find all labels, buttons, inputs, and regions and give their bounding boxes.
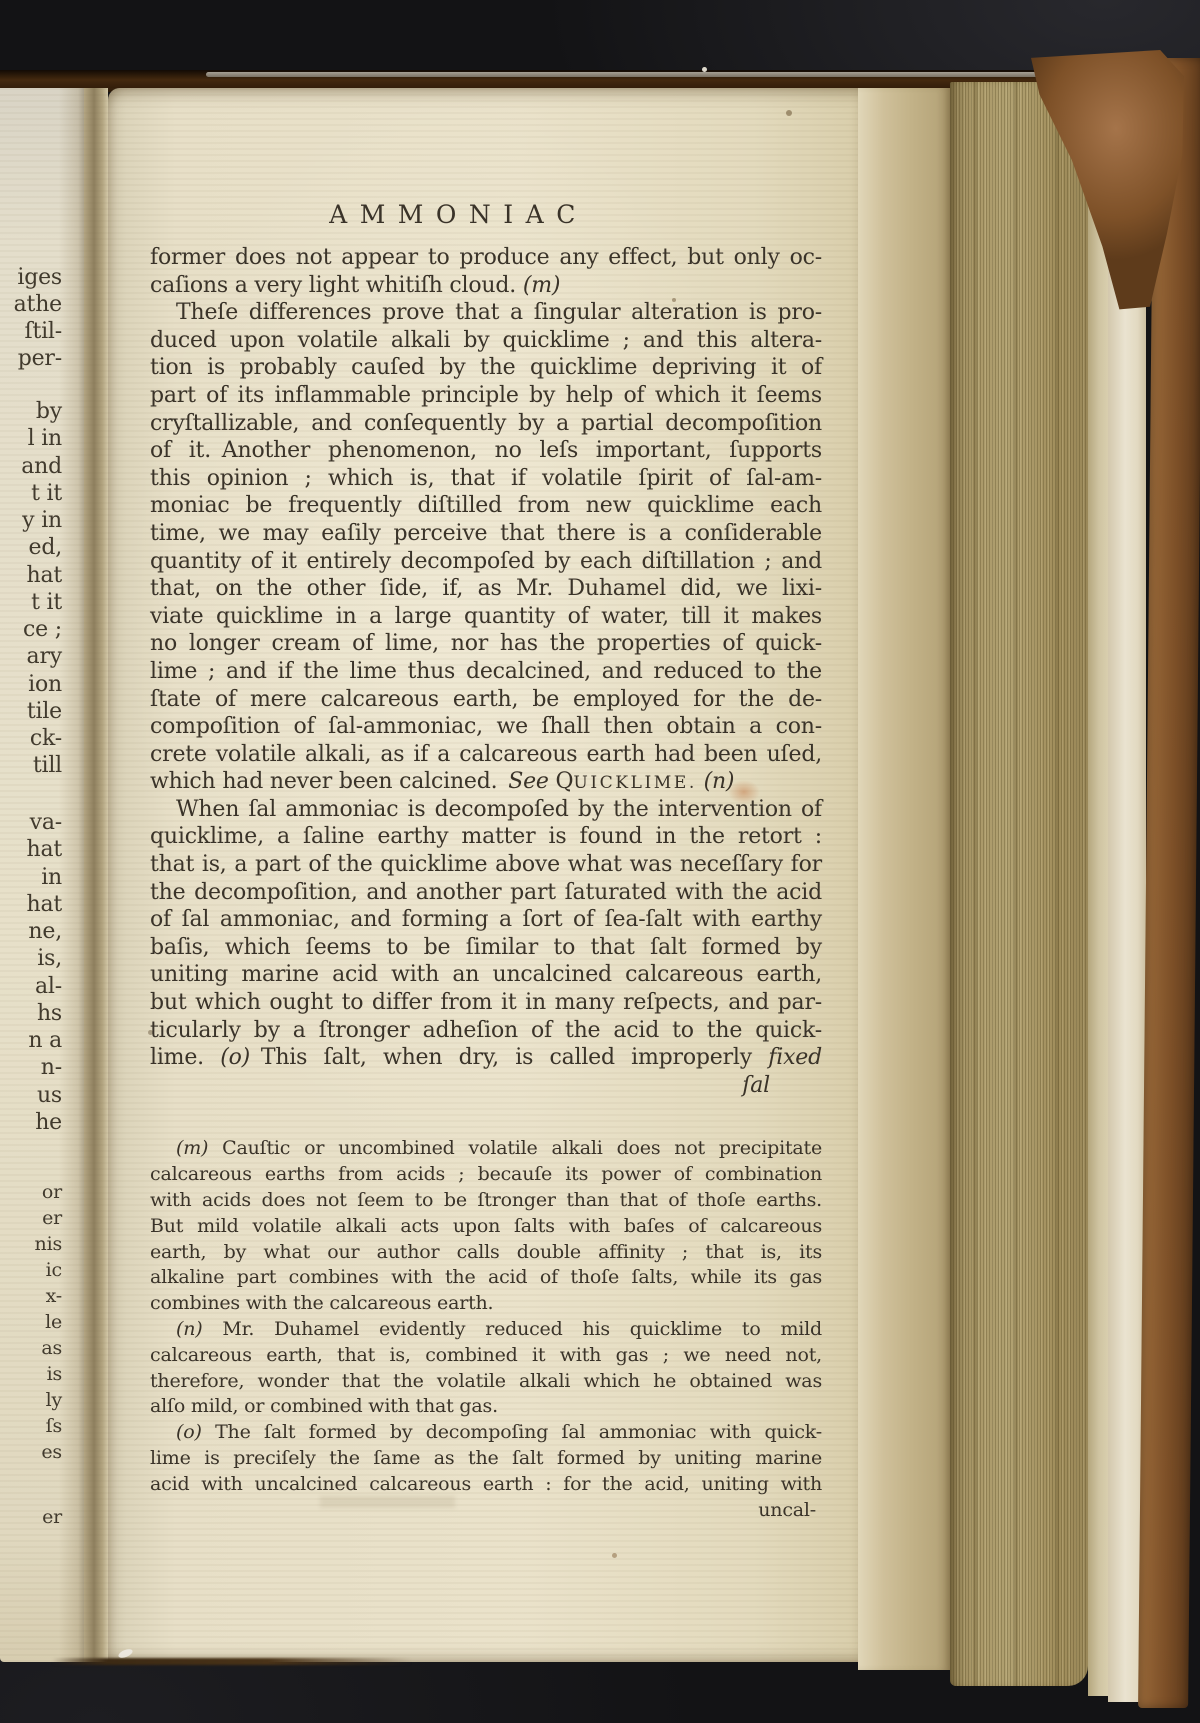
- facing-page-fragment: t it: [0, 482, 62, 506]
- text-line: earth, by what our author calls double a…: [150, 1240, 822, 1266]
- facing-page-fragment: ſs: [0, 1414, 62, 1438]
- text-line: part of its inflammable principle by hel…: [150, 382, 822, 410]
- text-line: compoſition of ſal-ammoniac, we ſhall th…: [150, 713, 822, 741]
- book-photo: igesatheſtil-per-byl inandt ity ined,hat…: [0, 0, 1200, 1723]
- text-line: therefore, wonder that the volatile alka…: [150, 1369, 822, 1395]
- text-line: of it. Another phenomenon, no leſs impor…: [150, 437, 822, 465]
- speck: [786, 110, 792, 116]
- facing-page-fragment: and: [0, 455, 62, 479]
- facing-page-fragment: ne,: [0, 920, 62, 944]
- text-line: that is, a part of the quicklime above w…: [150, 851, 822, 879]
- facing-page-fragment: ce ;: [0, 618, 62, 642]
- text-line: duced upon volatile alkali by quicklime …: [150, 327, 822, 355]
- facing-page-fragment: l in: [0, 427, 62, 451]
- facing-page-line-endings: igesatheſtil-per-byl inandt ity ined,hat…: [0, 0, 62, 1723]
- facing-page-fragment: ed,: [0, 536, 62, 560]
- text-line: uniting marine acid with an uncalcined c…: [150, 961, 822, 989]
- facing-page-fragment: tile: [0, 700, 62, 724]
- facing-page-fragment: ary: [0, 645, 62, 669]
- facing-page-fragment: or: [0, 1180, 62, 1204]
- speck: [612, 1553, 617, 1558]
- facing-page-fragment: ion: [0, 673, 62, 697]
- facing-page-fragment: le: [0, 1310, 62, 1334]
- text-line: ticularly by a ſtronger adheſion of the …: [150, 1017, 822, 1045]
- facing-page-fragment: n-: [0, 1056, 62, 1080]
- text-line: moniac be frequently diſtilled from new …: [150, 492, 822, 520]
- facing-page-fragment: ly: [0, 1388, 62, 1412]
- facing-page-fragment: per-: [0, 347, 62, 371]
- text-line: (o) The ſalt formed by decompoſing ſal a…: [150, 1420, 822, 1446]
- text-line: calcareous earth, that is, combined it w…: [150, 1343, 822, 1369]
- text-line: ſtate of mere calcareous earth, be emplo…: [150, 686, 822, 714]
- running-head: AMMONIAC: [150, 198, 822, 232]
- text-line: this opinion ; which is, that if volatil…: [150, 465, 822, 493]
- facing-page-fragment: is: [0, 1362, 62, 1386]
- text-line: quantity of it entirely decompoſed by ea…: [150, 548, 822, 576]
- dust-fleck: [702, 67, 707, 72]
- gutter-crease: [84, 88, 108, 1662]
- text-line: crete volatile alkali, as if a calcareou…: [150, 741, 822, 769]
- text-line: but which ought to differ from it in man…: [150, 989, 822, 1017]
- text-line: of ſal ammoniac, and forming a ſort of ſ…: [150, 906, 822, 934]
- text-line: acid with uncalcined calcareous earth : …: [150, 1472, 822, 1498]
- body-text: former does not appear to produce any ef…: [150, 244, 822, 1099]
- text-line: combines with the calcareous earth.: [150, 1291, 822, 1317]
- facing-page-fragment: t it: [0, 591, 62, 615]
- facing-page-fragment: athe: [0, 293, 62, 317]
- facing-page-fragment: x-: [0, 1284, 62, 1308]
- facing-page-fragment: he: [0, 1111, 62, 1135]
- text-line: which had never been calcined. See QUICK…: [150, 768, 822, 796]
- facing-page-fragment: ſtil-: [0, 320, 62, 344]
- facing-page-fragment: hat: [0, 564, 62, 588]
- facing-page-fragment: va-: [0, 811, 62, 835]
- text-line: lime ; and if the lime thus decalcined, …: [150, 658, 822, 686]
- facing-page-fragment: ck-: [0, 727, 62, 751]
- text-line: alſo mild, or combined with that gas.: [150, 1394, 822, 1420]
- fore-edge-page-stack: [950, 82, 1088, 1686]
- text-line: uncal-: [150, 1498, 822, 1524]
- text-line: lime. (o) This ſalt, when dry, is called…: [150, 1044, 822, 1072]
- text-line: Theſe differences prove that a ſingular …: [150, 299, 822, 327]
- text-line: viate quicklime in a large quantity of w…: [150, 603, 822, 631]
- facing-page-fragment: nis: [0, 1232, 62, 1256]
- facing-page-fragment: by: [0, 400, 62, 424]
- text-line: (n) Mr. Duhamel evidently reduced his qu…: [150, 1317, 822, 1343]
- fore-edge-gap: [1088, 86, 1108, 1696]
- facing-page-fragment: is,: [0, 947, 62, 971]
- facing-page-fragment: as: [0, 1336, 62, 1360]
- text-line: with acids does not ſeem to be ſtronger …: [150, 1188, 822, 1214]
- text-line: When ſal ammoniac is decompoſed by the i…: [150, 796, 822, 824]
- book-bottom-edge: [52, 1658, 412, 1665]
- facing-page-fragment: er: [0, 1505, 62, 1529]
- text-line: the decompoſition, and another part ſatu…: [150, 879, 822, 907]
- facing-page-fragment: n a: [0, 1029, 62, 1053]
- text-line: But mild volatile alkali acts upon ſalts…: [150, 1214, 822, 1240]
- text-line: (m) Cauſtic or uncombined volatile alkal…: [150, 1136, 822, 1162]
- footnotes: (m) Cauſtic or uncombined volatile alkal…: [150, 1136, 822, 1523]
- text-line: that, on the other ſide, if, as Mr. Duha…: [150, 575, 822, 603]
- page-text-block: AMMONIAC former does not appear to produ…: [150, 198, 822, 1523]
- facing-page-fragment: ic: [0, 1258, 62, 1282]
- text-line: no longer cream of lime, nor has the pro…: [150, 630, 822, 658]
- text-line: quicklime, a ſaline earthy matter is fou…: [150, 823, 822, 851]
- book-top-edge-highlight: [206, 72, 1044, 77]
- text-line: baſis, which ſeems to be ſimilar to that…: [150, 934, 822, 962]
- text-line: time, we may eaſily perceive that there …: [150, 520, 822, 548]
- facing-page-fragment: es: [0, 1440, 62, 1464]
- text-line: cryſtallizable, and conſequently by a pa…: [150, 410, 822, 438]
- facing-page-fragment: till: [0, 754, 62, 778]
- facing-page-fragment: hat: [0, 838, 62, 862]
- facing-page-fragment: al-: [0, 975, 62, 999]
- facing-page-fragment: in: [0, 866, 62, 890]
- facing-page-fragment: er: [0, 1206, 62, 1230]
- facing-page-fragment: iges: [0, 266, 62, 290]
- facing-page-fragment: hat: [0, 893, 62, 917]
- text-line: ſal: [150, 1072, 822, 1100]
- text-line: former does not appear to produce any ef…: [150, 244, 822, 272]
- facing-page-fragment: us: [0, 1084, 62, 1108]
- text-line: tion is probably cauſed by the quicklime…: [150, 354, 822, 382]
- page-curl-band: [858, 88, 950, 1670]
- text-line: caſions a very light whitiſh cloud. (m): [150, 272, 822, 300]
- facing-page-fragment: y in: [0, 509, 62, 533]
- text-line: lime is preciſely the ſame as the ſalt f…: [150, 1446, 822, 1472]
- facing-page-fragment: hs: [0, 1002, 62, 1026]
- text-line: alkaline part combines with the acid of …: [150, 1265, 822, 1291]
- text-line: calcareous earths from acids ; becauſe i…: [150, 1162, 822, 1188]
